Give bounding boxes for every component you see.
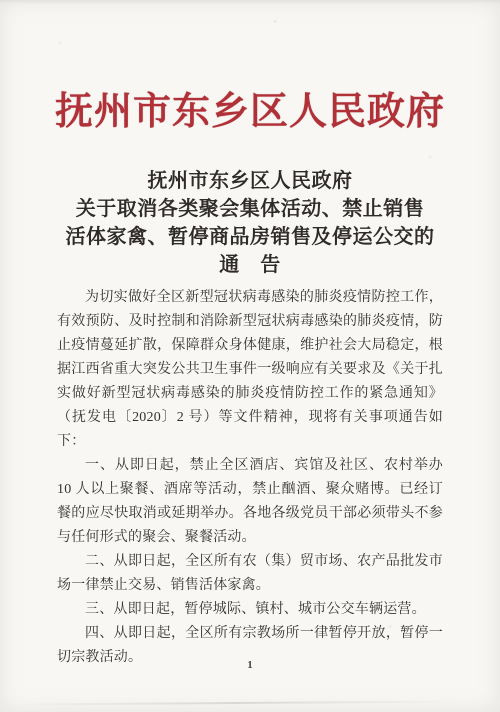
title-line-issuer: 抚州市东乡区人民政府 [30, 167, 470, 195]
body-paragraph-item-3: 三、从即日起，暂停城际、镇村、城市公交车辆运营。 [57, 598, 443, 622]
body-paragraph-item-2: 二、从即日起，全区所有农（集）贸市场、农产品批发市场一律禁止交易、销售活体家禽。 [57, 550, 443, 598]
document-page: 抚州市东乡区人民政府 抚州市东乡区人民政府 关于取消各类聚会集体活动、禁止销售 … [0, 0, 500, 712]
title-line-subject-2: 活体家禽、暂停商品房销售及停运公交的 [30, 223, 470, 251]
government-letterhead: 抚州市东乡区人民政府 [0, 80, 500, 135]
body-paragraph-item-1: 一、从即日起，禁止全区酒店、宾馆及社区、农村举办 10 人以上聚餐、酒席等活动，… [57, 454, 443, 550]
document-title: 抚州市东乡区人民政府 关于取消各类聚会集体活动、禁止销售 活体家禽、暂停商品房销… [30, 167, 470, 279]
document-body: 为切实做好全区新型冠状病毒感染的肺炎疫情防控工作，有效预防、及时控制和消除新型冠… [57, 286, 443, 670]
scan-artifact-streak [18, 700, 458, 705]
body-paragraph-intro: 为切实做好全区新型冠状病毒感染的肺炎疫情防控工作，有效预防、及时控制和消除新型冠… [57, 286, 443, 454]
page-number: 1 [0, 659, 500, 671]
title-line-subject-1: 关于取消各类聚会集体活动、禁止销售 [30, 195, 470, 223]
title-line-notice-word: 通 告 [30, 251, 470, 279]
